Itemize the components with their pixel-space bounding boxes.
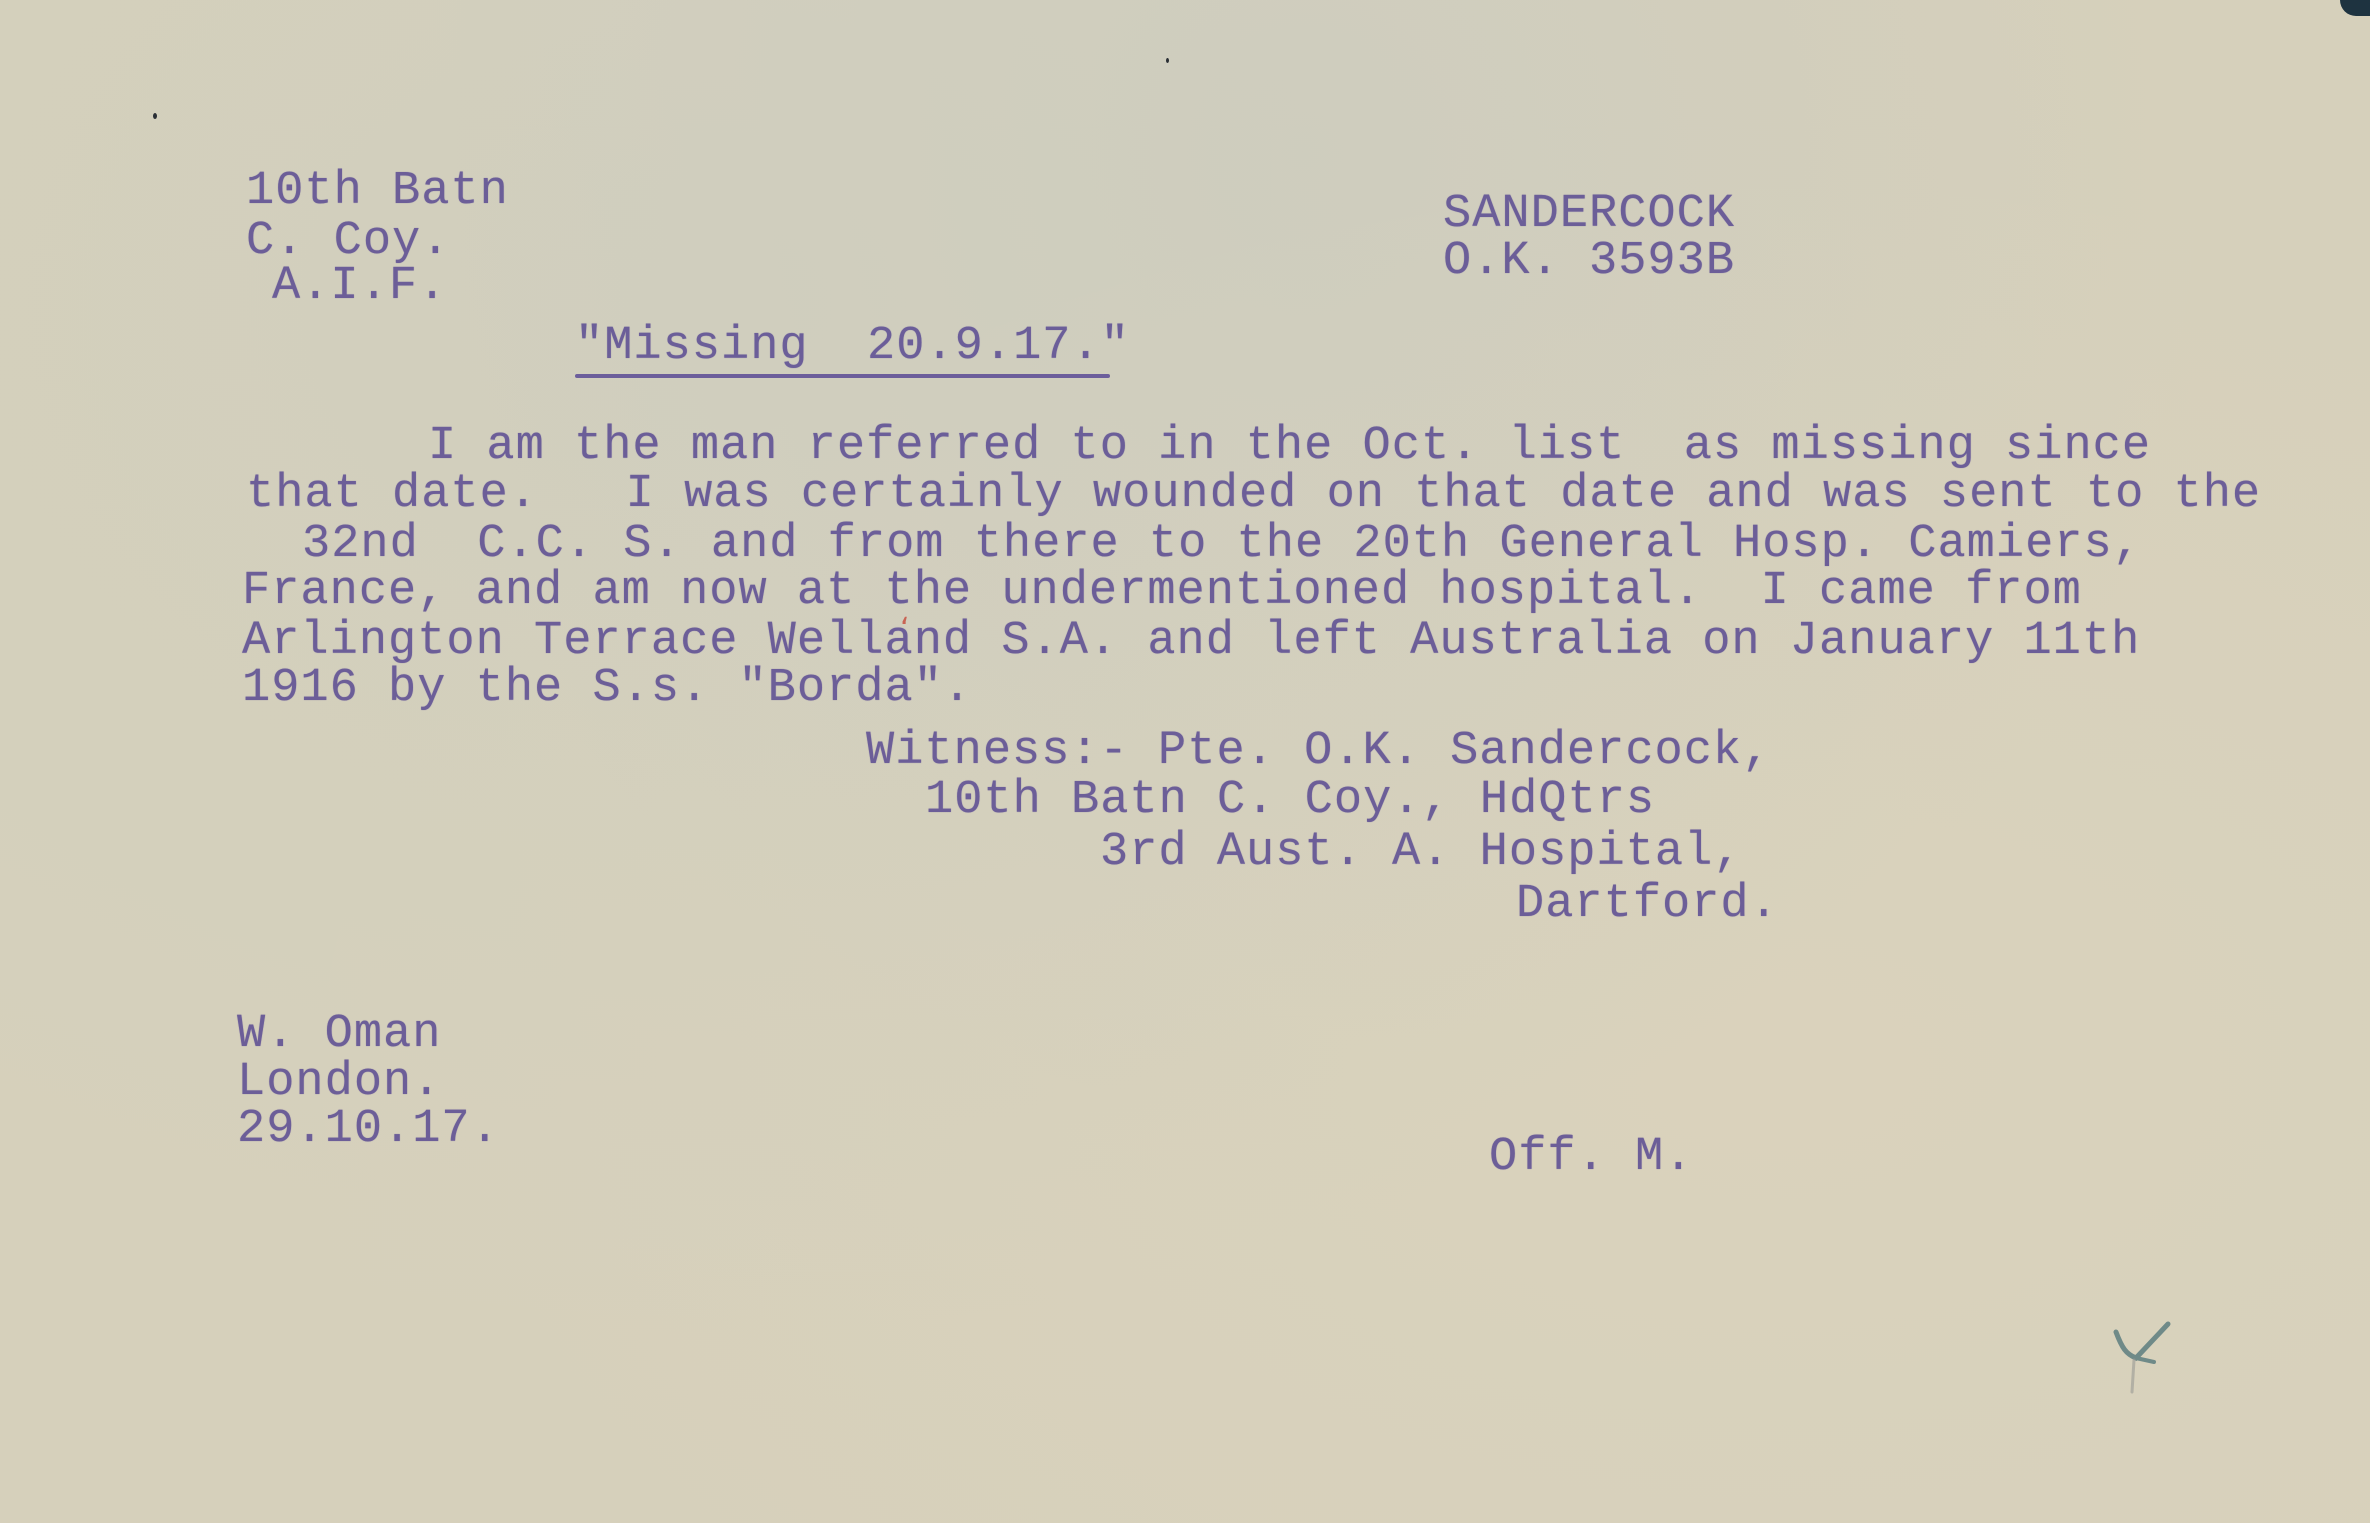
body-line: I am the man referred to in the Oct. lis… [428, 422, 2151, 472]
corner-stain [2340, 0, 2370, 16]
title-underline [575, 374, 1110, 378]
body-line: Arlington Terrace Welland S.A. and left … [242, 617, 2140, 667]
soldier-number: O.K. 3593B [1443, 237, 1735, 287]
unit-force: A.I.F. [272, 262, 447, 312]
signatory-place: London. [237, 1058, 441, 1108]
witness-line: 3rd Aust. A. Hospital, [1100, 828, 1743, 878]
body-line: 1916 by the S.s. "Borda". [242, 664, 972, 714]
body-line: that date. I was certainly wounded on th… [246, 470, 2261, 520]
status-title: "Missing 20.9.17." [575, 322, 1130, 372]
body-line: 32nd C.C. S. and from there to the 20th … [302, 520, 2142, 570]
signatory-date: 29.10.17. [237, 1105, 500, 1155]
soldier-surname: SANDERCOCK [1443, 190, 1735, 240]
pencil-tick-icon [2110, 1320, 2180, 1400]
unit-battalion: 10th Batn [246, 167, 509, 217]
paper-speck [1166, 58, 1169, 63]
office-mark: Off. M. [1489, 1133, 1693, 1183]
witness-line: Witness:- Pte. O.K. Sandercock, [866, 727, 1771, 777]
witness-line: 10th Batn C. Coy., HdQtrs [925, 776, 1655, 826]
witness-line: Dartford. [1516, 880, 1779, 930]
paper-speck [153, 113, 157, 119]
red-ink-mark: ʻ [900, 612, 910, 647]
typed-record-card: 10th Batn C. Coy. A.I.F. SANDERCOCK O.K.… [0, 0, 2370, 1523]
signatory-name: W. Oman [237, 1010, 441, 1060]
body-line: France, and am now at the undermentioned… [242, 567, 2082, 617]
